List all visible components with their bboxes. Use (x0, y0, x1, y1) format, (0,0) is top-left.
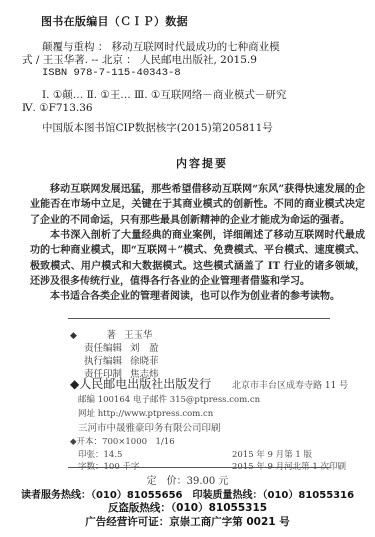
summary-paragraph: 移动互联网发展迅猛，那些希望借移动互联网“东风”获得快速发展的企业能否在市场中立… (30, 182, 365, 228)
cip-classification: Ⅰ. ①颠… Ⅱ. ①王… Ⅲ. ①互联网络－商业模式－研究 Ⅳ. ①F713.… (22, 89, 292, 115)
word-count: 字数：100 千字 (78, 460, 139, 472)
diamond-bullet-icon: ◆ (70, 377, 79, 391)
summary-paragraph: 本书适合各类企业的管理者阅读，也可以作为创业者的参考读物。 (30, 289, 365, 304)
diamond-bullet-icon: ◆ (70, 331, 77, 341)
price: 定 价：39.00 元 (0, 472, 375, 487)
printer: 三河市中晟雅豪印务有限公司印刷 (78, 420, 221, 434)
divider (68, 318, 330, 319)
credit-exec-editor: 执行编辑徐晓菲 (78, 353, 159, 367)
book-format: ◆开本：700×1000 1/16 (70, 435, 175, 447)
postcode: 邮编 100164 (78, 393, 130, 405)
credit-author: ◆ 著王玉华 (70, 327, 152, 341)
email: 电子邮件 315@ptpress.com.cn (133, 393, 260, 405)
sheets: 印张：14.5 (78, 448, 122, 460)
publisher-name: ◆人民邮电出版社出版发行 (70, 375, 211, 392)
website: 网址 http://www.ptpress.com.cn (78, 407, 213, 419)
edition: 2015 年 9 月第 1 版 (232, 448, 312, 460)
isbn: ISBN 978-7-115-40343-8 (42, 67, 181, 79)
cip-main-entry: 颠覆与重构 ： 移动互联网时代最成功的七种商业模式 / 王玉华著. -- 北京 … (22, 41, 282, 67)
ad-license: 广告经营许可证：京崇工商广字第 0021 号 (0, 514, 375, 529)
printing: 2015 年 9 月河北第 1 次印刷 (232, 460, 346, 472)
publisher-address: 北京市丰台区成寿寺路 11 号 (232, 378, 348, 391)
summary-title: 内容提要 (176, 155, 228, 171)
anti-piracy-hotline: 反盗版热线：（010）81055315 (0, 500, 375, 515)
divider (68, 467, 330, 468)
credit-editor: 责任编辑刘 盈 (78, 340, 159, 354)
service-hotline: 读者服务热线：（010）81055656 印装质量热线：（010）8105531… (0, 486, 375, 501)
cip-number: 中国版本图书馆CIP数据核字(2015)第205811号 (42, 120, 273, 135)
cip-title: 图书在版编目（ＣＩＰ）数据 (41, 13, 188, 29)
summary-paragraph: 本书深入剖析了大量经典的商业案例，详细阐述了移动互联网时代最成功的七种商业模式，… (30, 228, 365, 289)
